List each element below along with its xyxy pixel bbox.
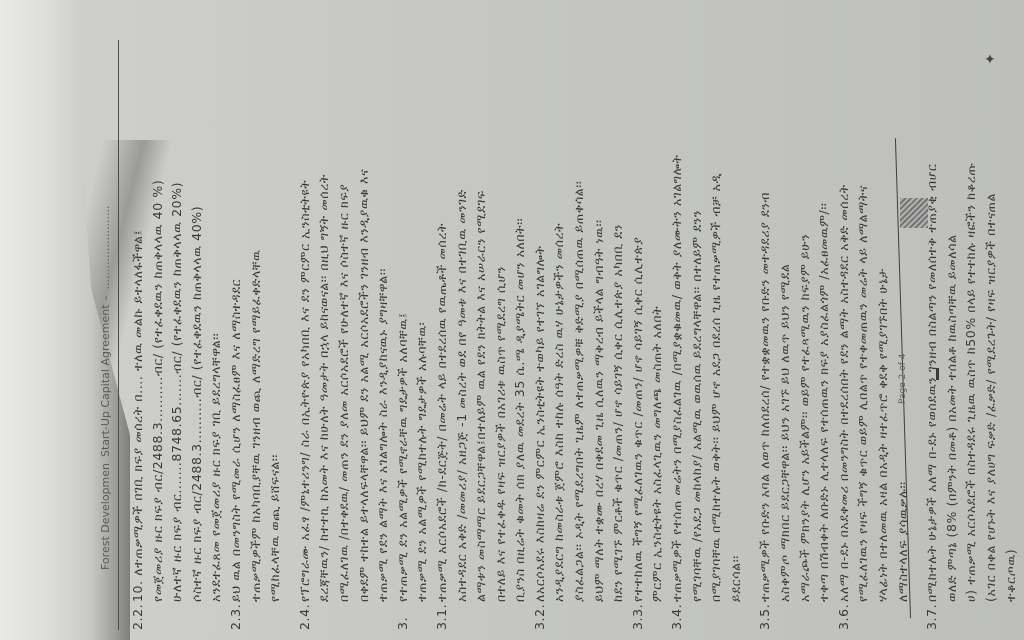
text-line: አንዲያደርግ ከመስራቱ ጀምሮ እስከ ተከሉ ሰዓት ድረስ ዉሃ ሁኔታ… xyxy=(549,45,569,602)
text-line: አስተዳደር አቅድ /መመሪያ/ አዘጋጅ -1 መስረት ወደ በየ ዓመቱ… xyxy=(452,45,472,602)
header-rule xyxy=(118,40,119,630)
section-number: 3.5. xyxy=(755,602,833,630)
text-line: አስቀምጦ ማክበር ይደርጋቸዋል፡፡ ይህን አገኙ ይህ ለዉጥ ይህን … xyxy=(775,45,795,602)
section-2-4: 2.4.የፕሮግራሙ አፈፃ /ምኒተሪንግ/ ስራ በኢትዮጵያ የአካበቢ … xyxy=(295,45,393,630)
section-3-5: 3.5.ተጠቃሚዎች የቡድን አባል ለወጥ ከለሰደረሰ/ የተቋቋመዉን … xyxy=(755,45,833,630)
text-line: አማራጮች ምክንያት ሊሆን አይችልም፡፡ ወይም የተፈጻሚዉን ከፍያም… xyxy=(795,45,815,602)
section-2-3: 2.3.ይህ ዉል በመንግስት የሚመራ ሲሆን ለማስፈፀም እና ለማስተ… xyxy=(226,45,285,630)
text-line: ይህም ማለት ተቋሙ በረሃ በቀደመ ጊዜ ሲለዉን ማቅረብ ይችላል ግ… xyxy=(589,45,609,602)
text-line: ተጠቃሚ ደን አልሚዎች የሚከተሉት ግዴታዎች አሉባቸዉ፡ xyxy=(412,45,432,602)
text-line: ሃላፊነት በተለመዉ አዛል በአዲት ዛተፈጥሮ ቀደቅ የሚያገኙበት ሁ… xyxy=(873,45,893,602)
section-number: 3.4. xyxy=(667,602,745,630)
section-text: የተተከለዉ ችግኝ የሚፈለገዉን ቁጥር /መጠን/ ሆኖ ሳይገኝ ሲቀር… xyxy=(628,45,667,602)
text-line: የተጠቃሚ ደን አልሚዎች የሚኖራቸዉ ግዴታዎች አለባቸዉ፤ xyxy=(393,45,413,602)
document-body: 2.2.10. ለተጠቃሚዎች በገቢ ክፍያ መሰረት በ.... ተለዉ መ… xyxy=(128,45,1024,630)
text-line: በሚፈለገዉ /በተቀደዉ/ መጠን ደን ያለመ አርሶአደሮች የሁለተኛ … xyxy=(334,45,354,602)
section-text: ተጠቃሚዎች የተሰጠ መሬትን በሚያስፈልገዉ /በሚያቋቁመዉ/ ወቅት … xyxy=(667,45,745,602)
document-page: Forest Developmen Start-Up Capital Agree… xyxy=(92,40,932,640)
section-gap xyxy=(745,45,755,630)
text-line: በሚከተሉት ሁኔታዎች አለማ በ-ደኑ የወሰደዉን ገንዘብ በስልጣን … xyxy=(922,45,942,602)
text-line: ልማቱን መስማማር ይደርጋቸዋል፤በተለይም ዉል የደን ክትትል እና … xyxy=(471,45,491,602)
section-3-3: 3.3.የተተከለዉ ችግኝ የሚፈለገዉን ቁጥር /መጠን/ ሆኖ ሳይገኝ… xyxy=(628,45,667,630)
section-gap xyxy=(285,45,295,630)
text-line: አለማ በ-ደኑ በአደቀመሪ በመንግስት በተደረሰበት የደን ልማት አ… xyxy=(834,45,854,602)
text-line: ተጠቃሚ አርሶአደሮች /ከ-ደርጅት/ በመሬት ላይ በተደረሰዉ የዉጤ… xyxy=(432,45,452,602)
section-number: 3.7. xyxy=(922,602,1020,630)
section-text: ተጠቃሚዎች የቡድን አባል ለወጥ ከለሰደረሰ/ የተቋቋመዉን የቡድን… xyxy=(755,45,833,602)
text-line: ለማስተላለፍ ያሳዉቃሉ፡፡ xyxy=(893,45,913,602)
section-text: ለማስተላለፍ ያሳዉቃሉ፡፡ xyxy=(893,45,913,602)
text-line: ደረጃቸዉን/ ከተተኪ ከአመት እና ከሁለት ዓመታት በኋላ ይከናወና… xyxy=(314,45,334,602)
page-header: Forest Developmen Start-Up Capital Agree… xyxy=(92,50,118,570)
section-text: የፕሮግራሙ አፈፃ /ምኒተሪንግ/ ስራ በኢትዮጵያ የአካበቢ እና ደ… xyxy=(295,45,393,602)
text-line: የሚከፈላቸዉ ወጪ ይሸፍናል፡፡ xyxy=(265,45,285,602)
text-line: ከደን የሚገኙ ምርቶች ቁጥር /መጠን/ ሆኖ ሳይገኝ ሲቀር ሲሊተጵ… xyxy=(608,45,628,602)
section-number: 3.6. xyxy=(834,602,893,630)
text-line: ይህ ዉል በመንግስት የሚመራ ሲሆን ለማስፈፀም እና ለማስተዳደር xyxy=(226,45,246,602)
text-line: ወለድ ምጣኔ (8% (በምንት በመቶ) በአመት ተሰልቶ ከዉስጣቸዉ … xyxy=(942,45,962,602)
section-text: ይህ ዉል በመንግስት የሚመራ ሲሆን ለማስፈፀም እና ለማስተዳደርተ… xyxy=(226,45,285,602)
section-3-7: 3.7.በሚከተሉት ሁኔታዎች አለማ በ-ደኑ የወሰደዉን ገንዘብ በስ… xyxy=(922,45,1020,630)
text-line: ሁለተኛ ዙር ክፍያ ብር.......8748.65.......ብር/ (… xyxy=(167,45,187,602)
section-gap xyxy=(912,45,922,630)
text-line: በተለይ እና የተፈቀዱ የዛፍ ዝርያዎች በአገሪቱ ዉስጥ የሚደረግ … xyxy=(491,45,511,602)
section-number: 2.4. xyxy=(295,602,393,630)
header-right: Start-Up Capital Agreement – xyxy=(99,295,112,457)
section-text: የተጠቃሚ ደን አልሚዎች የሚኖራቸዉ ግዴታዎች አለባቸዉ፤ተጠቃሚ ደ… xyxy=(393,45,432,602)
section-cont-12: ለ) ተጠቃሚ አርሶአደሮች የዉል ስምምነቱን ሳያሟሉ ቢለቁ xyxy=(1020,45,1024,630)
section-number: 2.2. xyxy=(128,602,226,630)
section-3-2: 3.2.ለአርሶአደሩ እስከዛሬ ደን ምርምር ኢንስቲትዩት ተወካይ የ… xyxy=(530,45,628,630)
section-number xyxy=(1020,602,1024,630)
text-line: በሚያገባቸዉ በሚከተሉት ወቅት፡፡ ይህም ሆኖ አደጋ በደረሰ ጊዜ … xyxy=(706,45,726,602)
text-line: አንደተፈጸመ የመጀመሪያ ዙር ክፍያ ገቢ ይደረግላቸዋል፡፡ xyxy=(206,45,226,602)
section-3-1: 3.1.ተጠቃሚ አርሶአደሮች /ከ-ደርጅት/ በመሬት ላይ በተደረሰዉ… xyxy=(432,45,530,630)
section-2-2: 2.2.10. ለተጠቃሚዎች በገቢ ክፍያ መሰረት በ.... ተለዉ መ… xyxy=(128,45,226,630)
pen-mark: ✦ xyxy=(984,52,996,68)
text-line: ተጠቃሚዎች የቡድን አባል ለወጥ ከለሰደረሰ/ የተቋቋመዉን የቡድን… xyxy=(755,45,775,602)
text-line: ያስፈልጋል፡፡ ኦዲት የሚደረግበት ጊዜም ለተጠቃሚዎቹ ቅድሚያ በሚ… xyxy=(569,45,589,602)
section-text: 10. ለተጠቃሚዎች በገቢ ክፍያ መሰረት በ.... ተለዉ መልኩ ይ… xyxy=(128,45,226,602)
section-3: 3.የተጠቃሚ ደን አልሚዎች የሚኖራቸዉ ግዴታዎች አለባቸዉ፤ተጠቃሚ… xyxy=(393,45,432,630)
section-number: 2.3. xyxy=(226,602,285,630)
text-line: ምርምር ኢንስቲትዩት አስፈላጊዉን መግለጫ መስጠት አለበት xyxy=(647,45,667,602)
text-line: ተጠቃሚዎች የተሰጠ መሬትን በሚያስፈልገዉ /በሚያቋቁመዉ/ ወቅት … xyxy=(667,45,687,602)
section-number: 3.1. xyxy=(432,602,530,630)
section-3-4: 3.4.ተጠቃሚዎች የተሰጠ መሬትን በሚያስፈልገዉ /በሚያቋቁመዉ/ … xyxy=(667,45,745,630)
text-line: ቢያንስ በዚሬት ቁመት ሰክ ያለዉ መደረት 35 ሴ.ሜ ዲያሜትር መ… xyxy=(510,45,530,602)
section-text: ለ) ተጠቃሚ አርሶአደሮች የዉል ስምምነቱን ሳያሟሉ ቢለቁ xyxy=(1020,45,1024,602)
header-left: Forest Developmen xyxy=(99,463,112,570)
page-number: Page 2 of 4 xyxy=(898,354,908,405)
section-text: ለአርሶአደሩ እስከዛሬ ደን ምርምር ኢንስቲትዩት ተወካይ የተገኘ … xyxy=(530,45,628,602)
section-number: 3.2. xyxy=(530,602,628,630)
text-line: 10. ለተጠቃሚዎች በገቢ ክፍያ መሰረት በ.... ተለዉ መልኩ ይ… xyxy=(128,45,148,602)
text-line: የፕሮግራሙ አፈፃ /ምኒተሪንግ/ ስራ በኢትዮጵያ የአካበቢ እና ደ… xyxy=(295,45,315,602)
section-text: አለማ በ-ደኑ በአደቀመሪ በመንግስት በተደረሰበት የደን ልማት አ… xyxy=(834,45,893,602)
text-line: የተተከለዉ ችግኝ የሚፈለገዉን ቁጥር /መጠን/ ሆኖ ሳይገኝ ሲቀር… xyxy=(628,45,648,602)
section-text: በሚከተሉት ሁኔታዎች አለማ በ-ደኑ የወሰደዉን ገንዘብ በስልጣን … xyxy=(922,45,1020,602)
text-line: ይደርሳል፡፡ xyxy=(726,45,746,602)
text-line: ተቆርጦዉ) xyxy=(1001,45,1021,602)
text-line: (አገር በቀል የሆኑት እና ያለሀግ ፍቃድ /ፈቃድ/ የሚደረጉት/ … xyxy=(981,45,1001,602)
text-line: በቀደም ተከተል ይተላለፍላቸዋል፡፡ ይህም ደን አልሚ አርሶአደሮች… xyxy=(354,45,374,602)
text-line: የሚፈለገዉን የዛፍ ችግኝ ቁጥር ወይም ሊበልጥ የተቀመጠዉን መሬት… xyxy=(853,45,873,602)
section-cont-10: ለማስተላለፍ ያሳዉቃሉ፡፡ xyxy=(893,45,913,630)
ink-dash xyxy=(936,368,939,380)
section-3-6: 3.6.አለማ በ-ደኑ በአደቀመሪ በመንግስት በተደረሰበት የደን ል… xyxy=(834,45,893,630)
header-dots: ........................ xyxy=(99,206,112,290)
section-number: 3. xyxy=(393,602,432,630)
text-line: ለአርሶአደሩ እስከዛሬ ደን ምርምር ኢንስቲትዩት ተወካይ የተገኘ … xyxy=(530,45,550,602)
text-line: ሶስተኛ ዙር ክፍያ ብር/2488.3..........ብር/ (የተፈቀ… xyxy=(187,45,207,602)
text-line: ተቀጣ በሽብቀት ለቡድኑ ሊተላለፍ የተሰጠዉን ክፍያ አያስፈልጎም … xyxy=(814,45,834,602)
stamp-mark xyxy=(900,198,928,228)
text-line: ለ) ተጠቃሚ አርሶአደሮች የዉል ስምምነቱን ሳያሟሉ ቢለቁ xyxy=(1020,45,1024,602)
section-number: 3.3. xyxy=(628,602,667,630)
section-text: ተጠቃሚ አርሶአደሮች /ከ-ደርጅት/ በመሬት ላይ በተደረሰዉ የዉጤ… xyxy=(432,45,530,602)
text-line: ተጠቃሚ የደን ልማት እና አገልግሎት ስራ እንዲያከናዉኑ ያግዛቸዋ… xyxy=(373,45,393,602)
text-line: የሚገባቸዉ /የአደጋ መከላከያ/ አልሚዉ ወዉሰዉ ይደረግላቸዋል፡፡… xyxy=(687,45,707,602)
text-line: ተጠቃሚዎችም ከአካባቢያቸዉ ገንዘብ ወጪ ለማድረግ የማይፈቀድላቸዉ xyxy=(246,45,266,602)
text-line: ሀ) ተጠቃሚ አርሶአደሮች በስተዳደሩ ጊዜዉ ዉስጥ ከ50% በላይ … xyxy=(961,45,981,602)
text-line: የመጀመሪያ ዙር ክፍያ ብር/2488.3..........ብር/ (የተ… xyxy=(148,45,168,602)
